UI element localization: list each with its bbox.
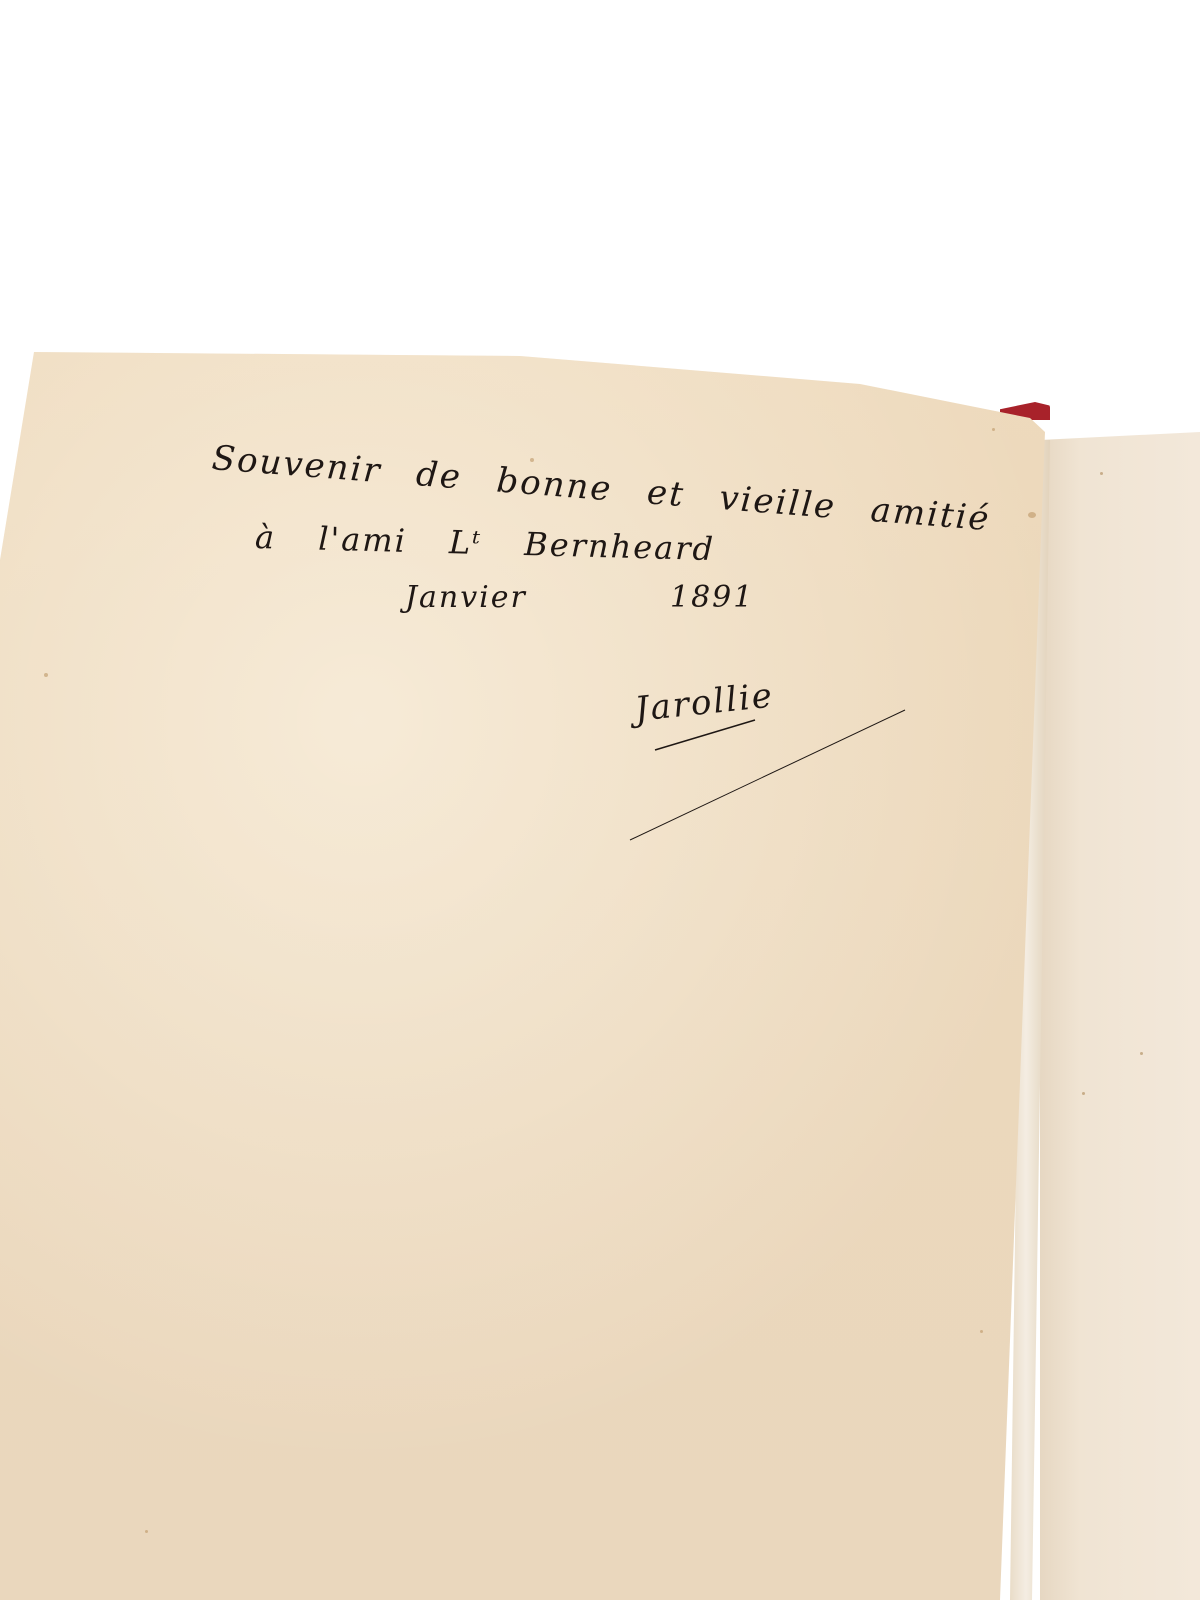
inscription-year: 1891 [670,580,754,615]
foxing-spot [980,1330,983,1333]
inscription-month: Janvier [405,580,527,615]
book-photo: Souvenir de bonne et vieille amitié à l'… [0,0,1200,1600]
foxing-spot [1028,512,1036,518]
foxing-spot [992,428,995,431]
foxing-spot [145,1530,148,1533]
right-page [1040,432,1200,1600]
foxing-spot [1140,1052,1143,1055]
foxing-spot [530,458,534,462]
inscription-line-2: à l'ami Lᵗ Bernheard [255,518,716,568]
foxing-spot [44,673,48,677]
foxing-spot [1100,472,1103,475]
foxing-spot [1082,1092,1085,1095]
signature-flourish-icon [625,690,915,850]
